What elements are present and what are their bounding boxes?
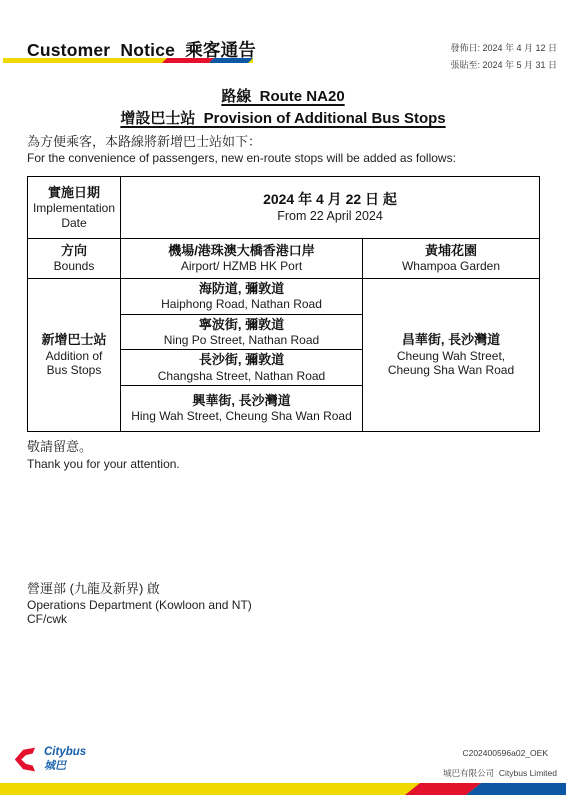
implementation-label-en2: Date [31, 216, 117, 230]
stop-name-en2: Cheung Sha Wan Road [366, 363, 536, 377]
stop-name-en: Changsha Street, Nathan Road [124, 369, 359, 383]
stop-name-zh: 昌華街, 長沙灣道 [366, 332, 536, 348]
footer-tricolor-bar [0, 783, 566, 795]
citybus-arrow-icon [14, 746, 41, 773]
header-stripe-blue-segment [3, 58, 253, 63]
bound2-stop-cell: 昌華街, 長沙灣道 Cheung Wah Street, Cheung Sha … [363, 279, 540, 432]
implementation-value-zh: 2024 年 4 月 22 日 起 [124, 190, 536, 209]
table-row: 新增巴士站 Addition of Bus Stops 海防道, 彌敦道 Hai… [28, 279, 540, 315]
bounds-label-en: Bounds [31, 259, 117, 273]
stop-name-en: Hing Wah Street, Cheung Sha Wan Road [124, 409, 359, 423]
table-row: 方向 Bounds 機場/港珠澳大橋香港口岸 Airport/ HZMB HK … [28, 239, 540, 279]
issue-date: 發佈日: 2024 年 4 月 12 日 [450, 40, 557, 57]
post-until-date: 張貼至: 2024 年 5 月 31 日 [450, 57, 557, 74]
bus-stops-table: 實施日期 Implementation Date 2024 年 4 月 22 日… [27, 176, 540, 432]
signature-dept-zh: 營運部 (九龍及新界) 啟 [27, 578, 160, 597]
header-tricolor-stripe [3, 58, 253, 63]
stops-label-zh: 新增巴士站 [31, 332, 117, 348]
bound1-zh: 機場/港珠澳大橋香港口岸 [124, 243, 359, 259]
stop-name-zh: 海防道, 彌敦道 [124, 281, 359, 297]
citybus-logo: Citybus 城巴 [14, 746, 86, 773]
logo-text-zh: 城巴 [44, 761, 86, 772]
bound1-cell: 機場/港珠澳大橋香港口岸 Airport/ HZMB HK Port [121, 239, 363, 279]
citybus-logo-text: Citybus 城巴 [44, 746, 86, 772]
implementation-label-zh: 實施日期 [31, 185, 117, 201]
bound1-stop-1-cell: 海防道, 彌敦道 Haiphong Road, Nathan Road [121, 279, 363, 315]
stop-name-en: Ning Po Street, Nathan Road [124, 333, 359, 347]
document-reference: C202400596a02_OEK [462, 748, 548, 758]
logo-text-en: Citybus [44, 747, 86, 759]
table-row: 實施日期 Implementation Date 2024 年 4 月 22 日… [28, 177, 540, 239]
stop-name-zh: 寧波街, 彌敦道 [124, 317, 359, 333]
company-name: 城巴有限公司 Citybus Limited [443, 767, 557, 779]
stop-name-zh: 興華街, 長沙灣道 [124, 393, 359, 409]
implementation-date-value-cell: 2024 年 4 月 22 日 起 From 22 April 2024 [121, 177, 540, 239]
signature-ref: CF/cwk [27, 612, 67, 626]
intro-text-en: For the convenience of passengers, new e… [27, 151, 456, 165]
customer-notice-page: Customer Notice 乘客通告 發佈日: 2024 年 4 月 12 … [0, 0, 566, 800]
implementation-label-en1: Implementation [31, 201, 117, 215]
bounds-label-zh: 方向 [31, 243, 117, 259]
implementation-value-en: From 22 April 2024 [124, 209, 536, 225]
notice-title-subject: 增設巴士站 Provision of Additional Bus Stops [0, 107, 566, 128]
intro-text-zh: 為方便乘客，本路線將新增巴士站如下： [27, 131, 261, 150]
stop-name-en: Haiphong Road, Nathan Road [124, 297, 359, 311]
bound2-en: Whampoa Garden [366, 259, 536, 273]
addition-of-bus-stops-header-cell: 新增巴士站 Addition of Bus Stops [28, 279, 121, 432]
bounds-header-cell: 方向 Bounds [28, 239, 121, 279]
stop-name-zh: 長沙街, 彌敦道 [124, 352, 359, 368]
stops-label-en2: Bus Stops [31, 363, 117, 377]
bound1-stop-3-cell: 長沙街, 彌敦道 Changsha Street, Nathan Road [121, 350, 363, 386]
closing-text-en: Thank you for your attention. [27, 457, 180, 471]
bound2-zh: 黃埔花園 [366, 243, 536, 259]
implementation-date-header-cell: 實施日期 Implementation Date [28, 177, 121, 239]
stops-label-en1: Addition of [31, 349, 117, 363]
signature-dept-en: Operations Department (Kowloon and NT) [27, 598, 252, 612]
bound1-en: Airport/ HZMB HK Port [124, 259, 359, 273]
closing-text-zh: 敬請留意。 [27, 436, 92, 455]
bound2-cell: 黃埔花園 Whampoa Garden [363, 239, 540, 279]
header-dates: 發佈日: 2024 年 4 月 12 日 張貼至: 2024 年 5 月 31 … [450, 40, 557, 74]
footer-bar-blue-segment [0, 783, 566, 795]
bound1-stop-2-cell: 寧波街, 彌敦道 Ning Po Street, Nathan Road [121, 314, 363, 350]
notice-title-route: 路線 Route NA20 [0, 85, 566, 106]
bound1-stop-4-cell: 興華街, 長沙灣道 Hing Wah Street, Cheung Sha Wa… [121, 385, 363, 431]
stop-name-en1: Cheung Wah Street, [366, 349, 536, 363]
